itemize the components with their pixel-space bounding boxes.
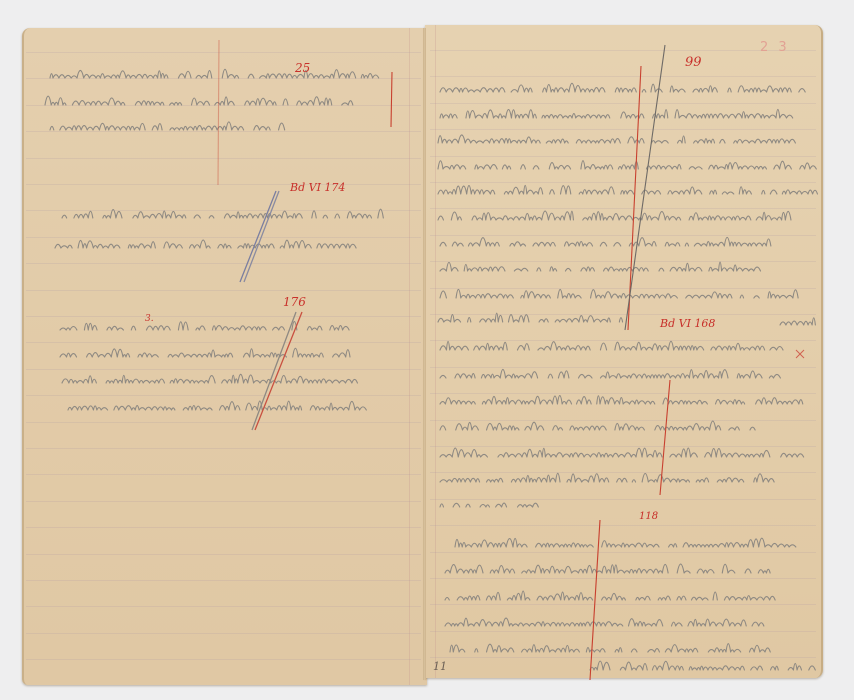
blue-slash-mark [240, 191, 276, 282]
inline-mark-3: 3. [145, 315, 154, 324]
folio-number: 11 [433, 660, 447, 673]
annotation-page-176: 176 [283, 296, 306, 308]
red-x-mark [796, 350, 804, 358]
red-vertical-mark [628, 66, 641, 330]
annotation-page-99: 99 [685, 56, 702, 69]
red-vertical-mark [660, 380, 670, 495]
red-vertical-mark [391, 72, 392, 127]
faint-page-number: 2 3 [760, 40, 790, 55]
red-vertical-mark [218, 40, 219, 185]
annotation-page-25: 25 [295, 62, 310, 74]
handwriting-strokes [0, 0, 854, 700]
red-vertical-mark [590, 520, 600, 680]
annotation-page-118: 118 [639, 512, 658, 522]
annotation-bd-vi-168: Bd VI 168 [660, 318, 715, 329]
annotation-bd-vi-174: Bd VI 174 [290, 182, 345, 193]
